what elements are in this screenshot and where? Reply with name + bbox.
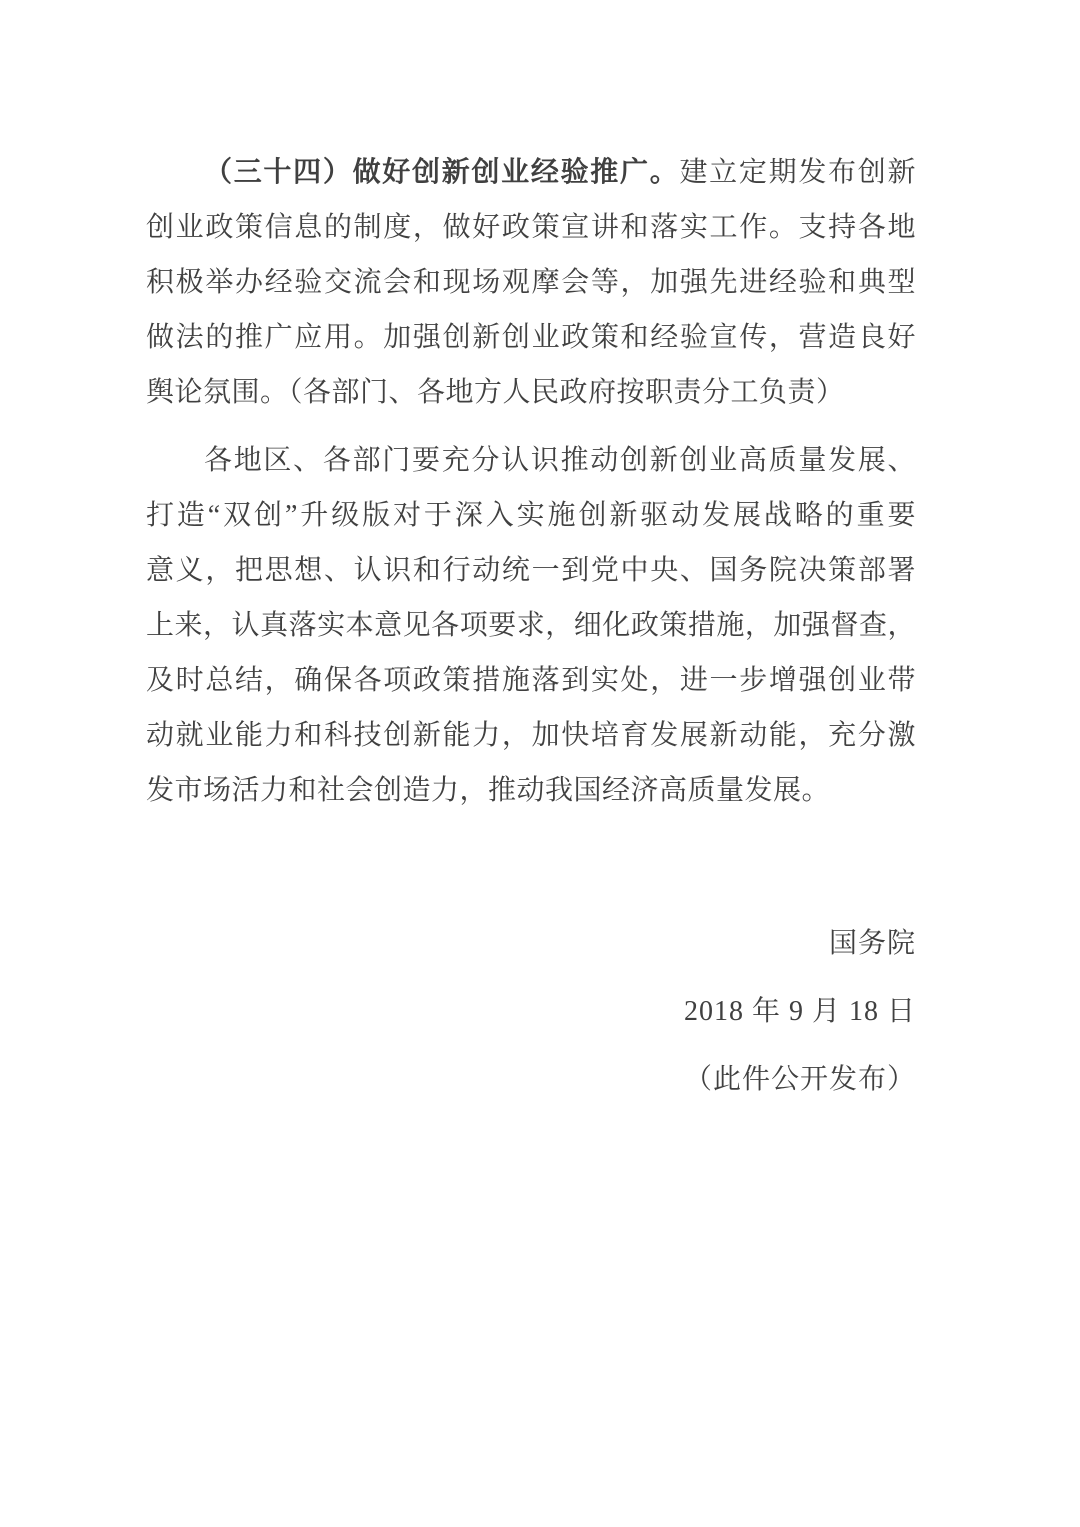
paragraph-line: 各地区、各部门要充分认识推动创新创业高质量发展、 xyxy=(146,433,916,488)
document-page: （三十四）做好创新创业经验推广。建立定期发布创新创业政策信息的制度，做好政策宣讲… xyxy=(0,0,1080,1527)
paragraph: （三十四）做好创新创业经验推广。建立定期发布创新创业政策信息的制度，做好政策宣讲… xyxy=(146,145,916,420)
text-run: 发市场活力和社会创造力，推动我国经济高质量发展。 xyxy=(146,775,830,806)
signature-public-release-note: （此件公开发布） xyxy=(684,1052,916,1107)
text-run: 舆论氛围。（各部门、各地方人民政府按职责分工负责） xyxy=(146,377,845,408)
text-run: 创业政策信息的制度，做好政策宣讲和落实工作。支持各地 xyxy=(146,212,916,243)
paragraph-line: 积极举办经验交流会和现场观摩会等，加强先进经验和典型 xyxy=(146,255,916,310)
paragraph-line: 及时总结，确保各项政策措施落到实处，进一步增强创业带 xyxy=(146,653,916,708)
signature-block: 国务院 2018 年 9 月 18 日 （此件公开发布） xyxy=(684,916,916,1107)
text-run: 动就业能力和科技创新能力，加快培育发展新动能，充分激 xyxy=(146,720,916,751)
paragraph-line: （三十四）做好创新创业经验推广。建立定期发布创新 xyxy=(146,145,916,200)
text-run: 上来，认真落实本意见各项要求，细化政策措施，加强督查， xyxy=(146,610,916,641)
text-run: 及时总结，确保各项政策措施落到实处，进一步增强创业带 xyxy=(146,665,916,696)
paragraph-line: 发市场活力和社会创造力，推动我国经济高质量发展。 xyxy=(146,763,916,818)
paragraph-line: 舆论氛围。（各部门、各地方人民政府按职责分工负责） xyxy=(146,365,916,420)
document-body: （三十四）做好创新创业经验推广。建立定期发布创新创业政策信息的制度，做好政策宣讲… xyxy=(146,145,916,818)
bold-heading-run: （三十四）做好创新创业经验推广。 xyxy=(204,157,679,188)
text-run: 意义，把思想、认识和行动统一到党中央、国务院决策部署 xyxy=(146,555,916,586)
paragraph-line: 做法的推广应用。加强创新创业政策和经验宣传，营造良好 xyxy=(146,310,916,365)
signature-date: 2018 年 9 月 18 日 xyxy=(684,984,916,1039)
paragraph-line: 创业政策信息的制度，做好政策宣讲和落实工作。支持各地 xyxy=(146,200,916,255)
paragraph-line: 动就业能力和科技创新能力，加快培育发展新动能，充分激 xyxy=(146,708,916,763)
text-run: 各地区、各部门要充分认识推动创新创业高质量发展、 xyxy=(204,445,916,476)
text-run: 做法的推广应用。加强创新创业政策和经验宣传，营造良好 xyxy=(146,322,916,353)
paragraph: 各地区、各部门要充分认识推动创新创业高质量发展、打造“双创”升级版对于深入实施创… xyxy=(146,433,916,818)
paragraph-line: 上来，认真落实本意见各项要求，细化政策措施，加强督查， xyxy=(146,598,916,653)
text-run: 积极举办经验交流会和现场观摩会等，加强先进经验和典型 xyxy=(146,267,916,298)
paragraph-line: 打造“双创”升级版对于深入实施创新驱动发展战略的重要 xyxy=(146,488,916,543)
paragraph-line: 意义，把思想、认识和行动统一到党中央、国务院决策部署 xyxy=(146,543,916,598)
text-run: 建立定期发布创新 xyxy=(679,157,916,188)
text-run: 打造“双创”升级版对于深入实施创新驱动发展战略的重要 xyxy=(146,500,916,531)
signature-signer: 国务院 xyxy=(684,916,916,971)
